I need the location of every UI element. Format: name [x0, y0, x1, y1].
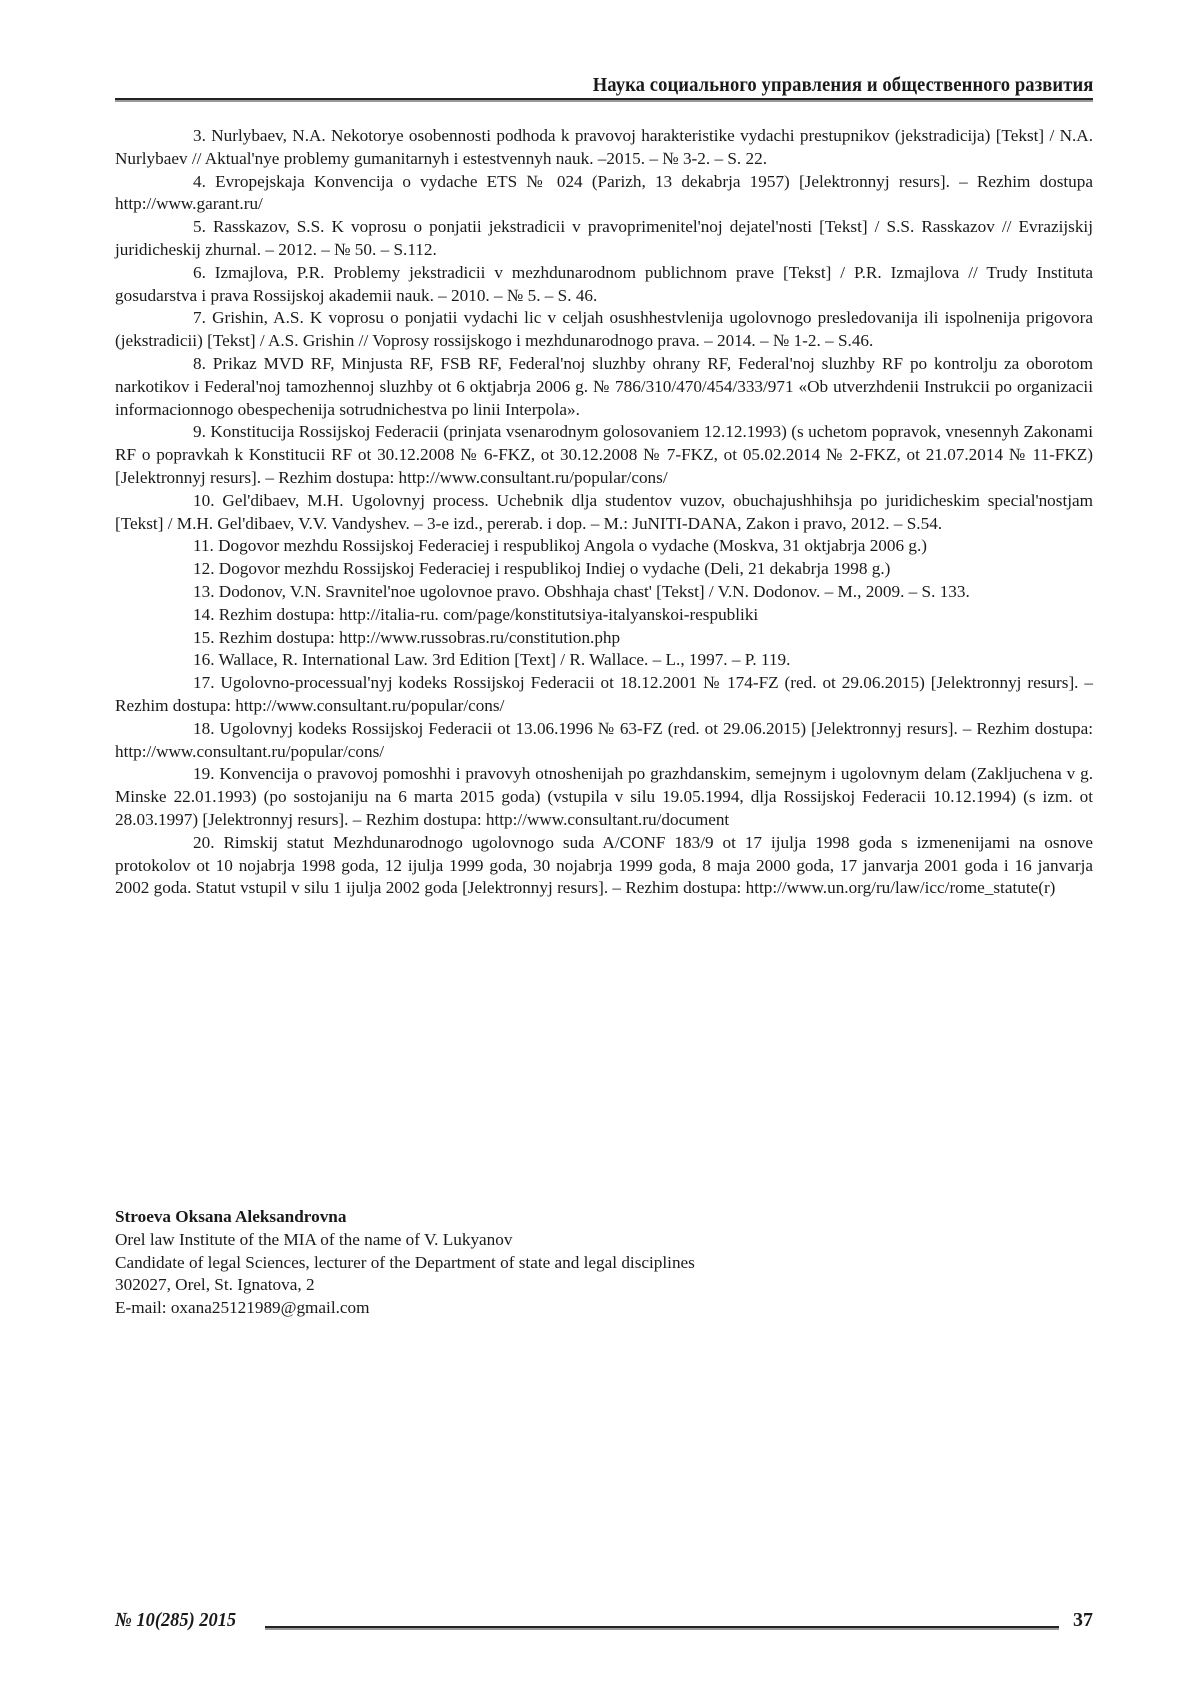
reference-item: 8. Prikaz MVD RF, Minjusta RF, FSB RF, F… — [115, 353, 1093, 421]
author-block: Stroeva Oksana Aleksandrovna Orel law In… — [115, 1206, 1015, 1320]
reference-list: 3. Nurlybaev, N.A. Nekotorye osobennosti… — [115, 125, 1093, 900]
reference-item: 13. Dodonov, V.N. Sravnitel'noe ugolovno… — [115, 581, 1093, 604]
page-number: 37 — [1073, 1609, 1093, 1632]
reference-item: 12. Dogovor mezhdu Rossijskoj Federaciej… — [115, 558, 1093, 581]
reference-item: 19. Konvencija o pravovoj pomoshhi i pra… — [115, 763, 1093, 831]
reference-item: 16. Wallace, R. International Law. 3rd E… — [115, 649, 1093, 672]
author-address: 302027, Orel, St. Ignatova, 2 — [115, 1274, 1015, 1297]
reference-item: 20. Rimskij statut Mezhdunarodnogo ugolo… — [115, 832, 1093, 900]
reference-item: 7. Grishin, A.S. K voprosu o ponjatii vy… — [115, 307, 1093, 353]
running-header: Наука социального управления и обществен… — [115, 70, 1093, 100]
reference-item: 9. Konstitucija Rossijskoj Federacii (pr… — [115, 421, 1093, 489]
page-footer: № 10(285) 2015 37 — [115, 1606, 1093, 1632]
reference-item: 11. Dogovor mezhdu Rossijskoj Federaciej… — [115, 535, 1093, 558]
footer-rule — [265, 1626, 1059, 1628]
author-institution: Orel law Institute of the MIA of the nam… — [115, 1229, 1015, 1252]
reference-item: 15. Rezhim dostupa: http://www.russobras… — [115, 627, 1093, 650]
author-name: Stroeva Oksana Aleksandrovna — [115, 1206, 1015, 1229]
reference-item: 3. Nurlybaev, N.A. Nekotorye osobennosti… — [115, 125, 1093, 171]
reference-item: 14. Rezhim dostupa: http://italia-ru. co… — [115, 604, 1093, 627]
author-position: Candidate of legal Sciences, lecturer of… — [115, 1252, 1015, 1275]
reference-item: 18. Ugolovnyj kodeks Rossijskoj Federaci… — [115, 718, 1093, 764]
reference-item: 10. Gel'dibaev, M.H. Ugolovnyj process. … — [115, 490, 1093, 536]
reference-item: 4. Evropejskaja Konvencija o vydache ETS… — [115, 171, 1093, 217]
issue-number: № 10(285) 2015 — [115, 1609, 238, 1632]
reference-item: 5. Rasskazov, S.S. K voprosu o ponjatii … — [115, 216, 1093, 262]
author-email: E-mail: oxana25121989@gmail.com — [115, 1297, 1015, 1320]
reference-item: 6. Izmajlova, P.R. Problemy jekstradicii… — [115, 262, 1093, 308]
reference-item: 17. Ugolovno-processual'nyj kodeks Rossi… — [115, 672, 1093, 718]
journal-title: Наука социального управления и обществен… — [592, 74, 1093, 97]
